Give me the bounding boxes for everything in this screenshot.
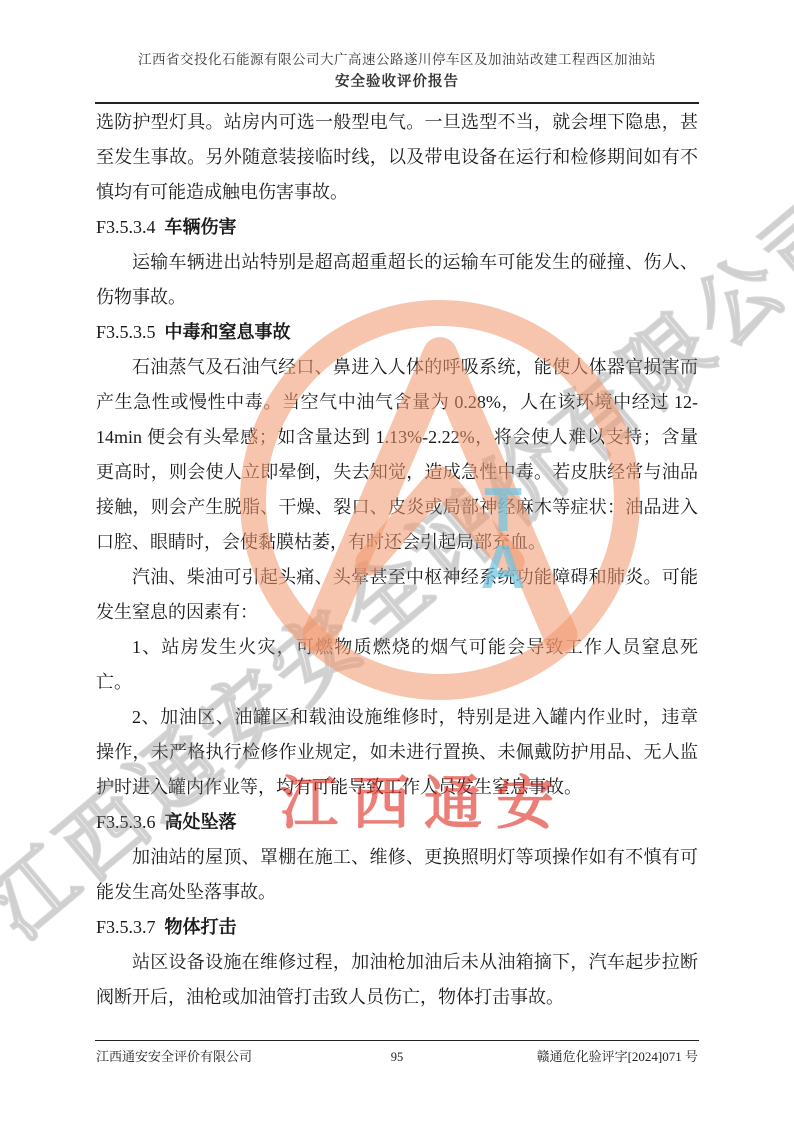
body-paragraph: 运输车辆进出站特别是超高超重超长的运输车可能发生的碰撞、伤人、伤物事故。: [96, 245, 698, 315]
document-page: 江西省交投化石能源有限公司大广高速公路遂川停车区及加油站改建工程西区加油站 安全…: [0, 0, 794, 1123]
page-header: 江西省交投化石能源有限公司大广高速公路遂川停车区及加油站改建工程西区加油站 安全…: [96, 51, 698, 92]
header-project-title: 江西省交投化石能源有限公司大广高速公路遂川停车区及加油站改建工程西区加油站: [96, 51, 698, 69]
header-divider: [95, 102, 699, 104]
footer-divider: [95, 1040, 699, 1041]
body-paragraph: 石油蒸气及石油气经口、鼻进入人体的呼吸系统，能使人体器官损害而产生急性或慢性中毒…: [96, 350, 698, 560]
section-number: F3.5.3.5: [96, 322, 156, 342]
section-number: F3.5.3.7: [96, 917, 156, 937]
page-footer: 江西通安安全评价有限公司 95 赣通危化验评字[2024]071 号: [96, 1046, 698, 1065]
section-heading: F3.5.3.6高处坠落: [96, 805, 698, 840]
body-paragraph: 汽油、柴油可引起头痛、头晕甚至中枢神经系统功能障碍和肺炎。可能发生窒息的因素有：: [96, 560, 698, 630]
section-heading: F3.5.3.7物体打击: [96, 910, 698, 945]
section-heading: F3.5.3.4车辆伤害: [96, 210, 698, 245]
footer-company-name: 江西通安安全评价有限公司: [96, 1046, 391, 1065]
section-title: 高处坠落: [165, 812, 237, 832]
section-heading: F3.5.3.5中毒和窒息事故: [96, 315, 698, 350]
body-paragraph: 选防护型灯具。站房内可选一般型电气。一旦选型不当，就会埋下隐患，甚至发生事故。另…: [96, 105, 698, 210]
document-body: 选防护型灯具。站房内可选一般型电气。一旦选型不当，就会埋下隐患，甚至发生事故。另…: [96, 105, 698, 1015]
body-paragraph: 加油站的屋顶、罩棚在施工、维修、更换照明灯等项操作如有不慎有可能发生高处坠落事故…: [96, 840, 698, 910]
header-report-title: 安全验收评价报告: [96, 72, 698, 92]
footer-document-number: 赣通危化验评字[2024]071 号: [403, 1046, 698, 1065]
section-number: F3.5.3.6: [96, 812, 156, 832]
footer-page-number: 95: [391, 1050, 404, 1065]
section-title: 物体打击: [165, 917, 237, 937]
section-title: 车辆伤害: [165, 217, 237, 237]
body-paragraph: 站区设备设施在维修过程，加油枪加油后未从油箱摘下，汽车起步拉断阀断开后，油枪或加…: [96, 945, 698, 1015]
body-paragraph: 1、站房发生火灾，可燃物质燃烧的烟气可能会导致工作人员窒息死亡。: [96, 630, 698, 700]
body-paragraph: 2、加油区、油罐区和载油设施维修时，特别是进入罐内作业时，违章操作，未严格执行检…: [96, 700, 698, 805]
section-number: F3.5.3.4: [96, 217, 156, 237]
section-title: 中毒和窒息事故: [165, 322, 291, 342]
